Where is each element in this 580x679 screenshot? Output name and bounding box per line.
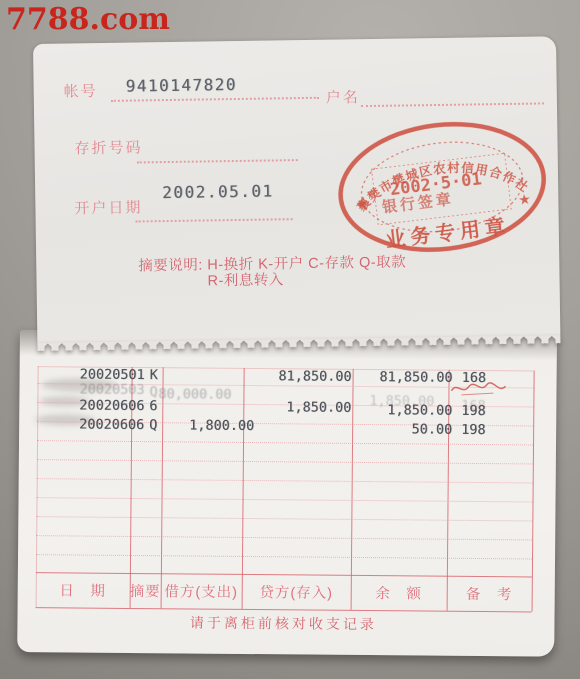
cell-balance: 81,850.00 [358,371,453,385]
seal-bottom-text: 业务专用章 [384,213,511,252]
passbook-no-dotted-line [137,158,298,163]
seal-star-right-icon: ★ [517,191,531,208]
table-dotted-row-line [37,497,533,502]
cell-memo: 198 [461,424,486,438]
photo-background: { "watermark": { "text": "7788.com", "co… [0,0,580,679]
cell-date: 20020501 [80,369,145,383]
open-date-label: 开户日期 [74,200,142,216]
table-dotted-row-line [37,440,533,445]
holder-label: 户名 [326,90,360,106]
table-dotted-row-line [36,535,532,540]
passbook-record-page: 20020501 K 81,850.00 81,850.00 168 20020… [17,330,557,657]
passbook-top-page: 帐号 9410147820 户名 存折号码 开户日期 2002.05.01 摘要… [33,36,560,344]
account-value: 9410147820 [126,77,238,95]
open-date-dotted-line [136,217,293,222]
cell-balance: 50.00 [357,423,452,437]
passbook-no-label: 存折号码 [74,140,142,156]
header-date: 日 期 [36,572,130,608]
bank-seal-stamp: 襄樊市樊城区农村信用合作社 ★ ★ 2002·5·01 银行签章 业务专用章 [325,106,560,267]
table-dotted-row-line [36,554,532,559]
cell-code: 6 [149,400,157,414]
header-summary: 摘要 [130,573,161,608]
account-dotted-line [111,96,319,102]
cell-credit: 81,850.00 [260,370,352,384]
header-balance: 余 额 [351,575,447,611]
holder-dotted-line [361,101,544,107]
account-label: 帐号 [64,84,98,100]
footer-note: 请于离柜前核对收支记录 [35,614,531,632]
cell-date: 20020606 [79,419,144,433]
cell-code: K [150,369,158,383]
table-dotted-row-line [37,478,533,483]
cell-date: 20020606 [79,400,144,414]
legend-line2: R-利息转入 [207,273,284,289]
cell-credit: 1,850.00 [259,401,351,415]
table-dotted-row-line [37,459,533,464]
cell-memo: 198 [461,405,486,419]
header-memo: 备 考 [447,576,532,612]
seal-star-left-icon: ★ [355,195,369,212]
header-credit: 贷方(存入) [242,574,351,610]
bank-seal-graphic: 襄樊市樊城区农村信用合作社 ★ ★ 2002·5·01 银行签章 业务专用章 [325,106,560,267]
table-dotted-row-line [36,516,532,521]
transaction-table: 20020501 K 81,850.00 81,850.00 168 20020… [36,366,534,611]
open-date-value: 2002.05.01 [162,183,274,201]
cell-code: Q [149,419,157,433]
handwritten-mark [447,378,509,404]
cell-balance: 1,850.00 [357,404,452,418]
header-debit: 借方(支出) [161,573,242,609]
cell-debit: 1,800.00 [159,419,254,433]
site-watermark: 7788.com [6,2,170,37]
